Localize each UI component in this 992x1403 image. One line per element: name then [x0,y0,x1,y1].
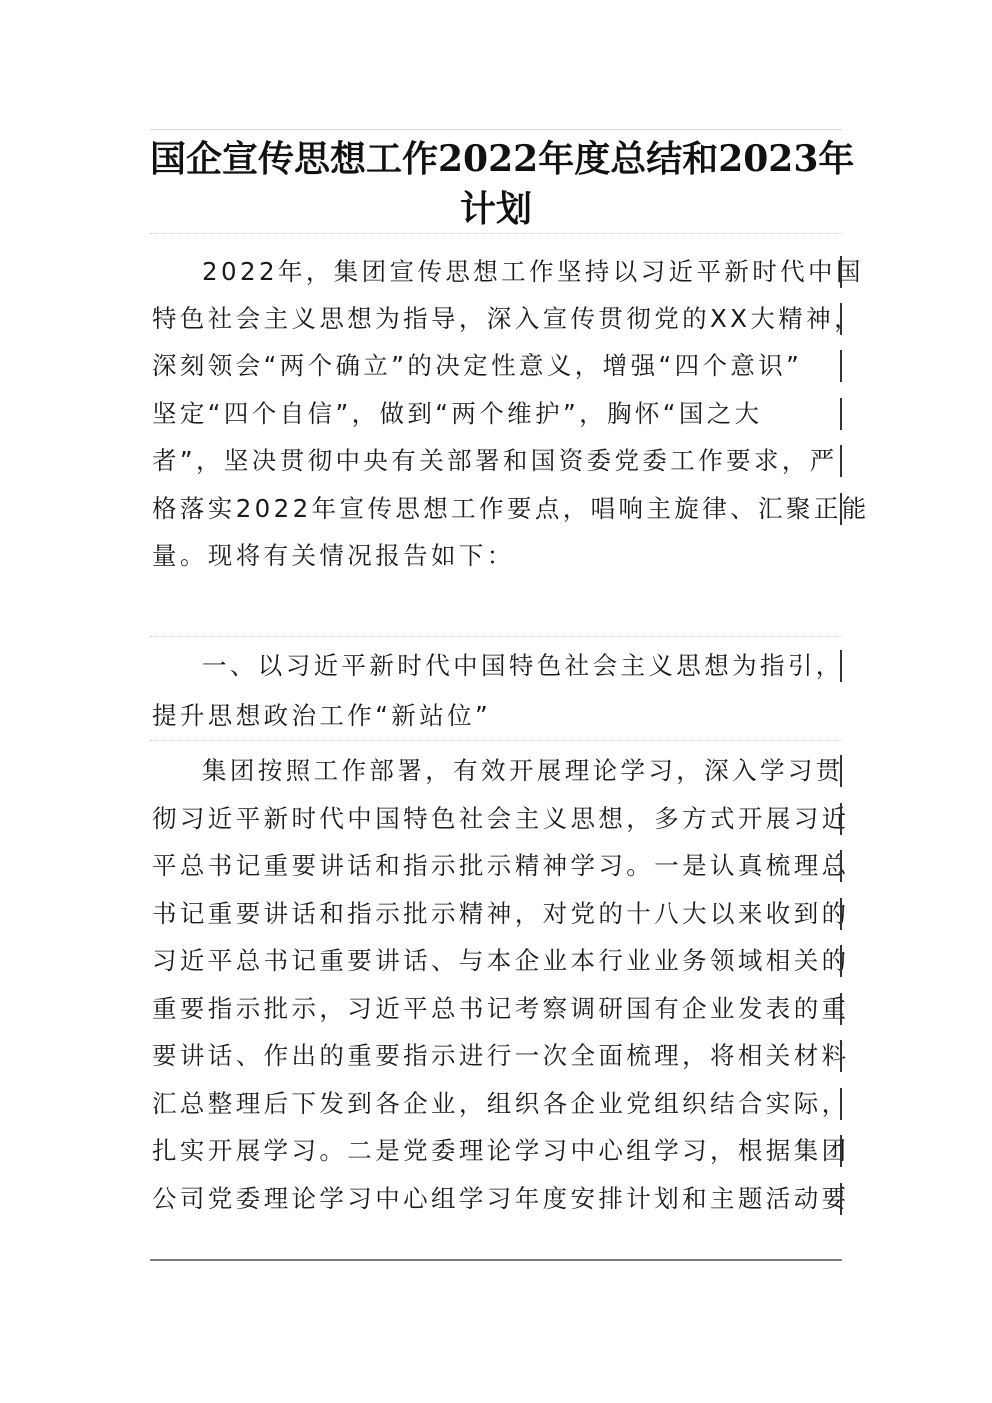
text-line: 重要指示批示，习近平总书记考察调研国有企业发表的重 [152,993,840,1025]
text-line: 量。现将有关情况报告如下： [152,540,840,572]
text-line: 格落实2022年宣传思想工作要点，唱响主旋律、汇聚正能 [152,493,840,525]
line-end-marker [840,945,842,977]
line-end-marker [840,650,842,682]
line-end-marker [840,303,842,335]
document-title: 国企宣传思想工作2022年度总结和2023年 计划 [150,134,842,234]
text-line: 特色社会主义思想为指导，深入宣传贯彻党的XX大精神， [152,303,840,335]
text-line: 深刻领会“两个确立”的决定性意义，增强“四个意识” [152,350,840,382]
line-end-marker [840,1088,842,1120]
line-end-marker [840,493,842,525]
line-end-marker [840,803,842,835]
text-line: 要讲话、作出的重要指示进行一次全面梳理，将相关材料 [152,1040,840,1072]
paragraph-divider [150,636,842,637]
paragraph-divider [150,740,842,741]
line-end-marker [840,398,842,430]
line-end-marker [840,993,842,1025]
line-end-marker [840,1183,842,1215]
line-end-marker [840,1135,842,1167]
header-rule [150,129,842,130]
text-line: 集团按照工作部署，有效开展理论学习，深入学习贯 [152,755,840,787]
text-line: 彻习近平新时代中国特色社会主义思想，多方式开展习近 [152,803,840,835]
line-end-marker [840,445,842,477]
line-end-marker [840,1040,842,1072]
line-end-marker [840,898,842,930]
footer-rule [150,1259,842,1261]
text-line: 平总书记重要讲话和指示批示精神学习。一是认真梳理总 [152,850,840,882]
title-line-1: 国企宣传思想工作2022年度总结和2023年 [150,134,842,184]
text-line: 2022年，集团宣传思想工作坚持以习近平新时代中国 [152,256,840,288]
text-line: 者”，坚决贯彻中央有关部署和国资委党委工作要求，严 [152,445,840,477]
title-line-2: 计划 [150,184,842,234]
heading-line: 一、以习近平新时代中国特色社会主义思想为指引， [152,650,840,682]
line-end-marker [840,350,842,382]
line-end-marker [840,256,842,288]
text-line: 书记重要讲话和指示批示精神，对党的十八大以来收到的 [152,898,840,930]
heading-line: 提升思想政治工作“新站位” [152,700,840,732]
line-end-marker [840,755,842,787]
document-page: 国企宣传思想工作2022年度总结和2023年 计划 2022年，集团宣传思想工作… [0,0,992,1403]
text-line: 公司党委理论学习中心组学习年度安排计划和主题活动要 [152,1183,840,1215]
text-line: 扎实开展学习。二是党委理论学习中心组学习，根据集团 [152,1135,840,1167]
text-line: 坚定“四个自信”，做到“两个维护”，胸怀“国之大 [152,398,840,430]
text-line: 习近平总书记重要讲话、与本企业本行业业务领域相关的 [152,945,840,977]
title-divider [150,233,842,234]
text-line: 汇总整理后下发到各企业，组织各企业党组织结合实际， [152,1088,840,1120]
line-end-marker [840,850,842,882]
